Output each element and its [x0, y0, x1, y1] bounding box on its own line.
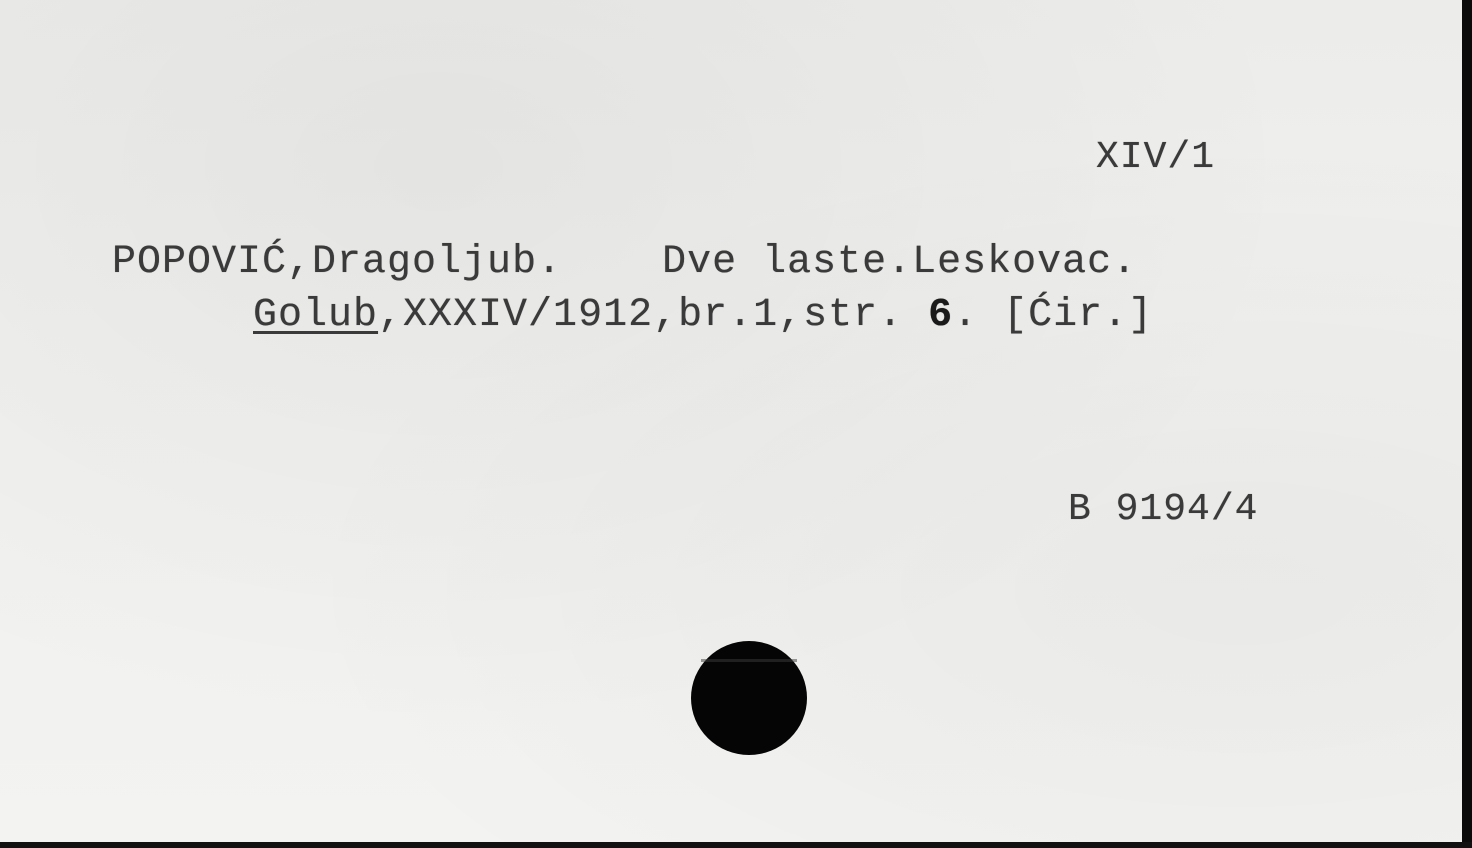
entry-line-2: Golub,XXXIV/1912,br.1,str. 6. [Ćir.]: [253, 293, 1153, 338]
work-title: Dve laste.Leskovac.: [662, 240, 1137, 285]
call-number: XIV/1: [1096, 136, 1215, 179]
journal-name: Golub: [253, 293, 378, 338]
card-edge-shadow: [1462, 0, 1472, 848]
punch-hole-icon: [691, 641, 807, 755]
author-name: POPOVIĆ,Dragoljub.: [112, 240, 562, 285]
shelf-mark: B 9194/4: [1068, 488, 1258, 531]
page-number: 6: [928, 293, 953, 338]
citation-details: ,XXXIV/1912,br.1,str.: [378, 293, 928, 338]
script-note: . [Ćir.]: [953, 293, 1153, 338]
catalog-card: XIV/1 POPOVIĆ,Dragoljub. Dve laste.Lesko…: [0, 0, 1462, 842]
card-bottom-edge: [0, 842, 1472, 848]
entry-line-1: POPOVIĆ,Dragoljub. Dve laste.Leskovac.: [112, 240, 1137, 285]
